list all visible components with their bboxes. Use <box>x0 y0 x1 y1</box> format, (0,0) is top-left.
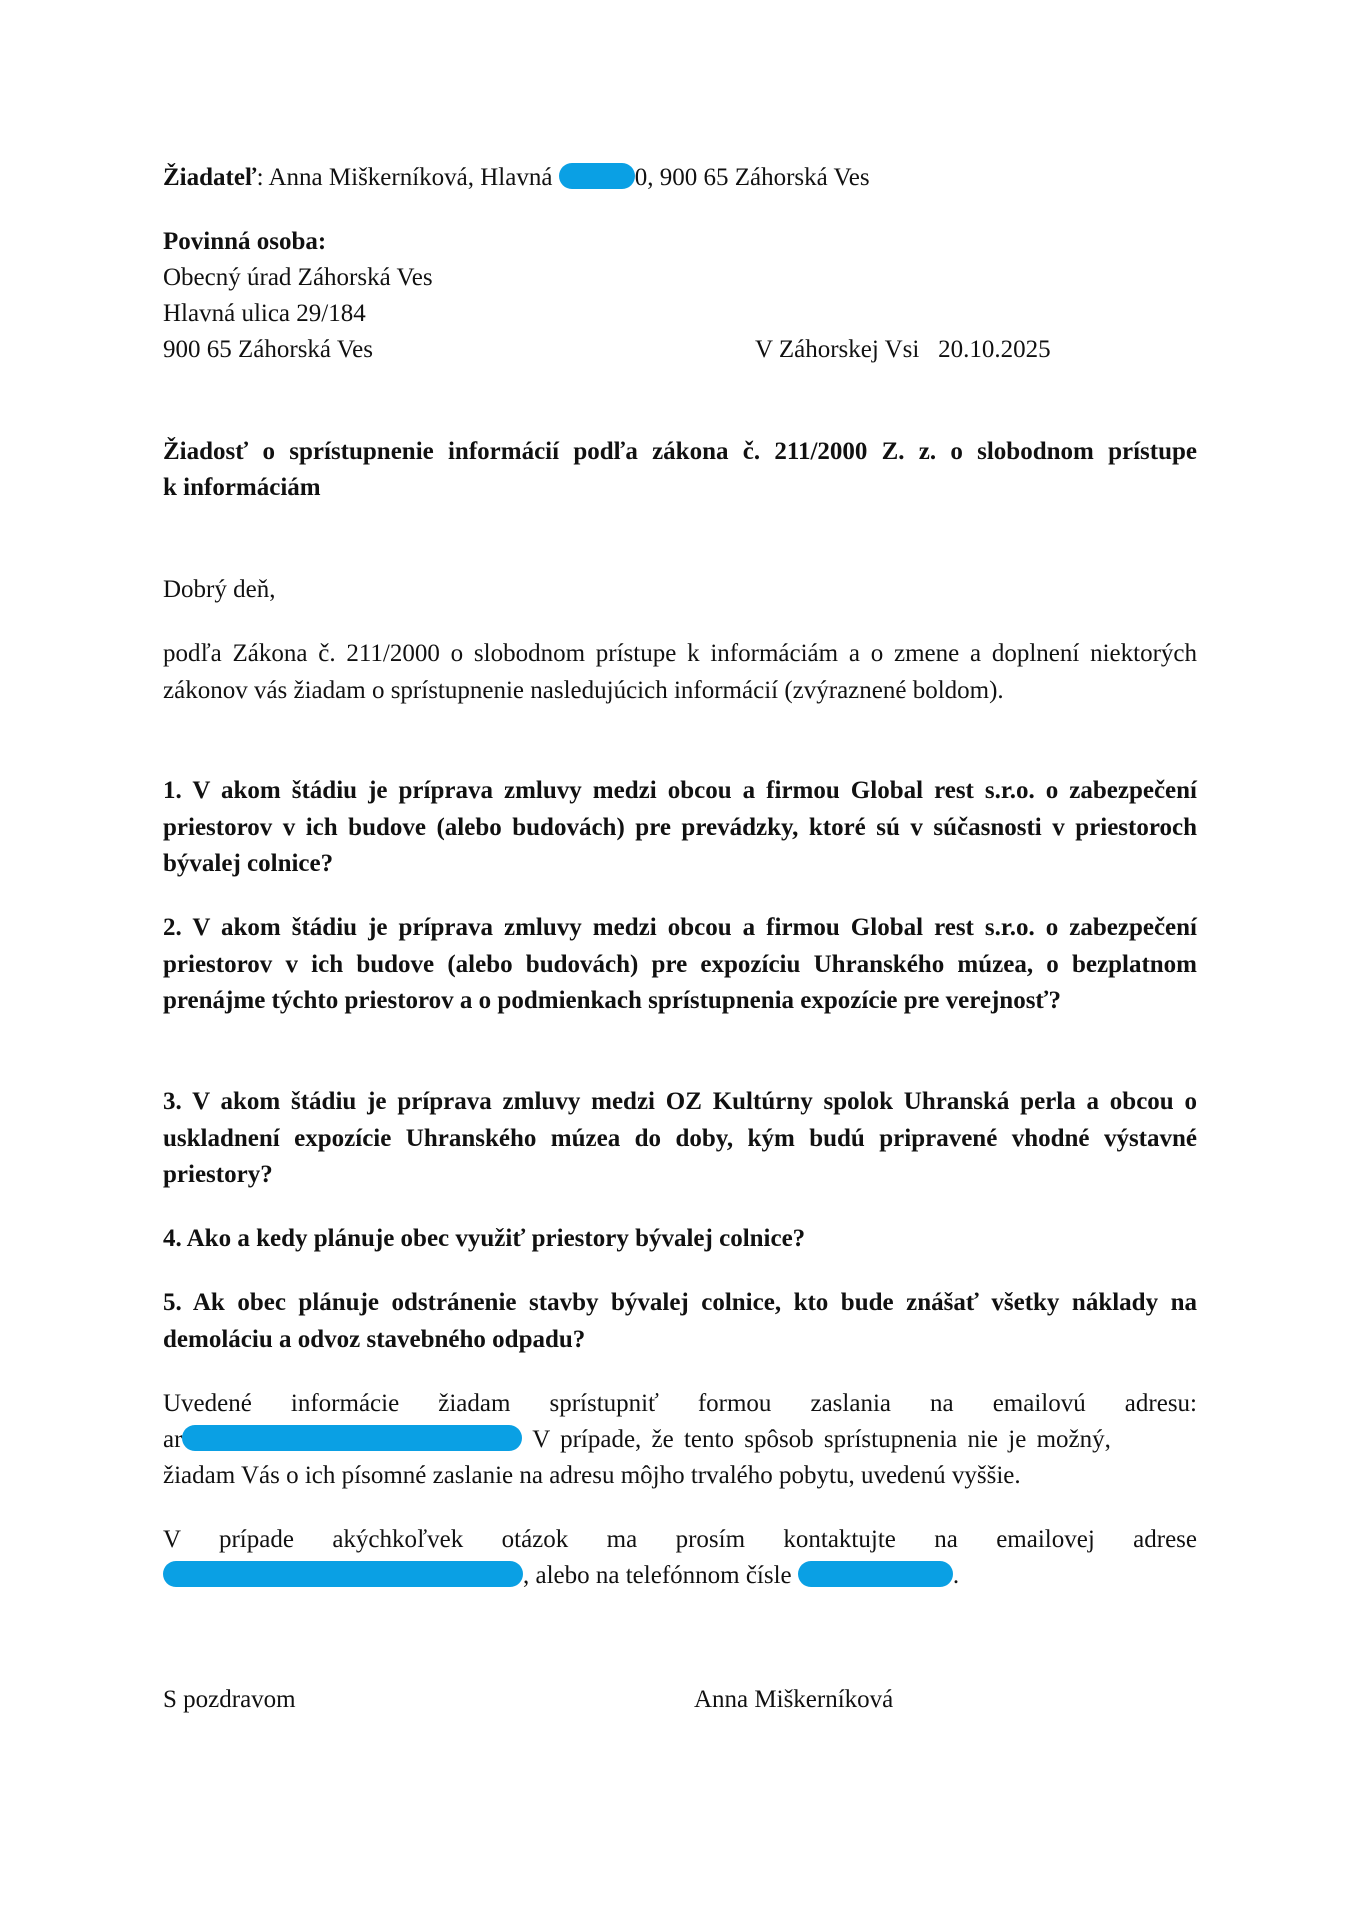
contact-line-2: , alebo na telefónnom čísle . <box>163 1558 959 1594</box>
question-1: 1. V akom štádiu je príprava zmluvy medz… <box>163 773 1197 883</box>
email-prefix: ar <box>163 1426 182 1453</box>
place: V Záhorskej Vsi <box>755 336 919 363</box>
place-date: V Záhorskej Vsi 20.10.2025 <box>755 332 1051 368</box>
question-2: 2. V akom štádiu je príprava zmluvy medz… <box>163 910 1197 1020</box>
delivery-text: V prípade, že tento spôsob sprístupnenia… <box>522 1426 1110 1453</box>
obligated-person-line: Hlavná ulica 29/184 <box>163 296 366 332</box>
delivery-line-1: Uvedené informácie žiadam sprístupniť fo… <box>163 1386 1197 1423</box>
contact-end: . <box>953 1562 959 1589</box>
obligated-person-line: 900 65 Záhorská Ves <box>163 332 373 368</box>
obligated-person-label: Povinná osoba: <box>163 224 326 260</box>
delivery-line-2: ar V prípade, že tento spôsob sprístupne… <box>163 1422 1197 1458</box>
question-5: 5. Ak obec plánuje odstránenie stavby bý… <box>163 1285 1197 1358</box>
signature: Anna Miškerníková <box>694 1682 893 1718</box>
applicant-label: Žiadateľ <box>163 164 257 191</box>
redaction-contact-email <box>163 1561 523 1587</box>
redaction-email <box>182 1425 522 1451</box>
applicant-text: : Anna Miškerníková, Hlavná <box>257 164 559 191</box>
date: 20.10.2025 <box>938 336 1051 363</box>
greeting: Dobrý deň, <box>163 572 275 608</box>
redaction-address <box>559 163 635 189</box>
contact-line-1: V prípade akýchkoľvek otázok ma prosím k… <box>163 1522 1197 1559</box>
question-4: 4. Ako a kedy plánuje obec využiť priest… <box>163 1221 1197 1258</box>
applicant-text-end: 0, 900 65 Záhorská Ves <box>635 164 870 191</box>
subject-line-1: Žiadosť o sprístupnenie informácií podľa… <box>163 434 1197 470</box>
subject-line-2: k informáciám <box>163 470 321 506</box>
delivery-line-3: žiadam Vás o ich písomné zaslanie na adr… <box>163 1458 1021 1494</box>
applicant-line: Žiadateľ: Anna Miškerníková, Hlavná 0, 9… <box>163 160 870 196</box>
intro-paragraph: podľa Zákona č. 211/2000 o slobodnom prí… <box>163 636 1197 709</box>
redaction-phone <box>798 1561 953 1587</box>
contact-text: , alebo na telefónnom čísle <box>523 1562 798 1589</box>
closing-regards: S pozdravom <box>163 1682 296 1718</box>
question-3: 3. V akom štádiu je príprava zmluvy medz… <box>163 1084 1197 1194</box>
obligated-person-line: Obecný úrad Záhorská Ves <box>163 260 433 296</box>
